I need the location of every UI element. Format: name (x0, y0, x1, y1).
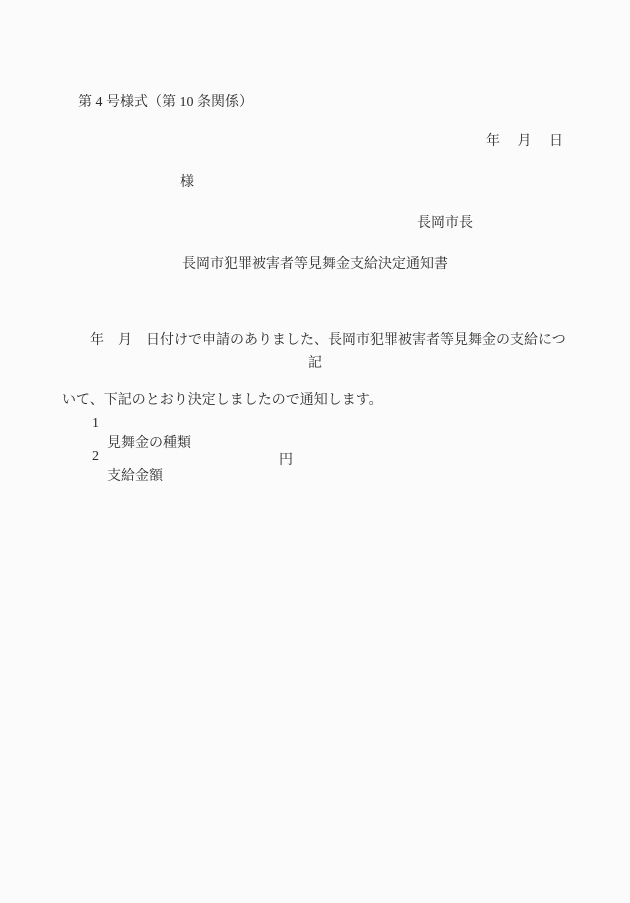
list-item-payment-amount: 2 支給金額 (78, 427, 163, 507)
addressee-honorific: 様 (180, 173, 194, 193)
item-number: 2 (92, 449, 99, 464)
body-paragraph-line-1: 年 月 日付けで申請のありました、長岡市犯罪被害者等見舞金の支給につ (62, 331, 568, 351)
sender-title: 長岡市長 (417, 214, 473, 234)
form-number-label: 第 4 号様式（第 10 条関係） (78, 93, 253, 113)
amount-unit: 円 (279, 451, 293, 471)
document-title: 長岡市犯罪被害者等見舞金支給決定通知書 (0, 255, 630, 275)
document-page: 第 4 号様式（第 10 条関係） 年 月 日 様 長岡市長 長岡市犯罪被害者等… (0, 0, 630, 903)
record-marker: 記 (0, 354, 630, 374)
item-label: 支給金額 (107, 469, 163, 484)
date-line: 年 月 日 (486, 132, 563, 152)
